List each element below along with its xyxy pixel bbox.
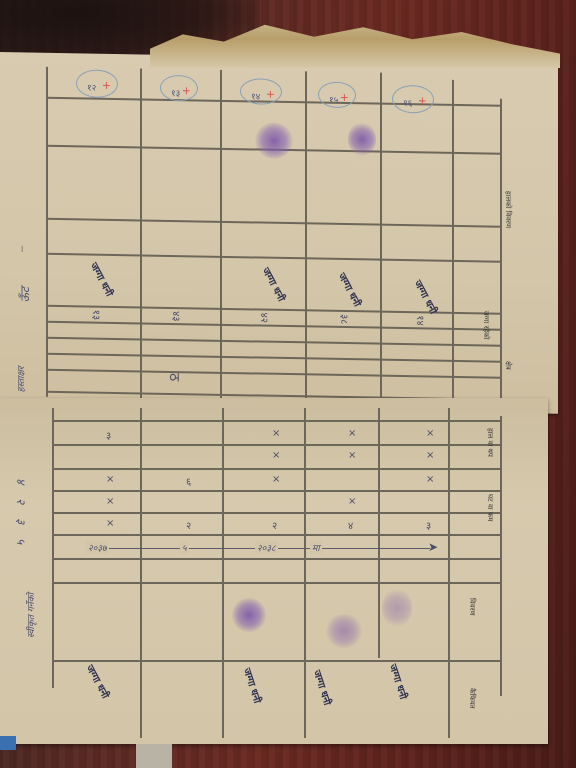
serial-number-oval: १३+ bbox=[160, 75, 198, 102]
column-line bbox=[448, 408, 450, 738]
cell-value: × bbox=[426, 428, 434, 439]
table-border-left bbox=[46, 67, 48, 397]
area-value: ४३ bbox=[170, 311, 184, 322]
serial-number-oval: १२+ bbox=[76, 69, 118, 98]
row-line bbox=[52, 490, 502, 492]
column-line bbox=[380, 73, 382, 403]
handwritten-side-label: ऊँट bbox=[16, 287, 33, 303]
area-value: ३८ bbox=[338, 314, 352, 325]
year-label: २०३८ bbox=[255, 541, 278, 554]
row-line bbox=[52, 582, 502, 584]
row-line bbox=[52, 468, 502, 470]
book-cover-edge bbox=[0, 736, 16, 750]
cell-value: × bbox=[348, 450, 356, 461]
column-line bbox=[140, 68, 142, 398]
approver-label: स्वीकृत गर्नेको bbox=[24, 593, 37, 638]
row-line bbox=[52, 420, 502, 422]
header-group-label: हालको विवरण bbox=[503, 191, 512, 228]
cell-value: × bbox=[348, 428, 356, 439]
column-line bbox=[304, 408, 306, 738]
arrow-head-icon: ➤ bbox=[428, 540, 438, 554]
area-value: ४२ bbox=[258, 313, 272, 324]
owner-stamp: जग्गा धनी bbox=[387, 662, 412, 701]
year-label: २०३७ bbox=[86, 541, 109, 554]
area-value: १३ bbox=[90, 310, 104, 321]
cell-value: × bbox=[272, 428, 280, 439]
cell-value: ६ bbox=[186, 474, 191, 488]
row-line bbox=[46, 218, 501, 227]
thumbprint bbox=[382, 588, 412, 628]
side-calc: २ bbox=[13, 498, 30, 504]
serial-number-oval: १६+ bbox=[392, 85, 434, 114]
header-group-label: जग्गा रहेको bbox=[481, 310, 490, 339]
cell-value: २ bbox=[186, 518, 191, 532]
table-border-right bbox=[500, 416, 502, 696]
thumbprint bbox=[348, 122, 376, 156]
area-value: १४ bbox=[414, 315, 428, 326]
cell-value: × bbox=[106, 518, 114, 529]
owner-stamp: जग्गा धनी bbox=[241, 666, 266, 705]
row-line bbox=[46, 321, 501, 330]
serial-number-oval: १५+ bbox=[318, 82, 356, 109]
column-line bbox=[378, 408, 380, 658]
column-line bbox=[140, 408, 142, 738]
table-border-left bbox=[52, 408, 54, 688]
column-line bbox=[452, 80, 454, 405]
table-border-right bbox=[500, 99, 502, 404]
cell-value: २ bbox=[272, 518, 277, 532]
cell-value: × bbox=[106, 474, 114, 485]
thumbprint bbox=[232, 598, 266, 632]
column-line bbox=[305, 71, 307, 401]
header-group-label: हाल वा थप bbox=[485, 428, 494, 457]
column-header: कैफियत bbox=[467, 688, 476, 709]
row-mark: ठ bbox=[165, 373, 184, 381]
thumbprint bbox=[326, 614, 362, 648]
cell-value: ३ bbox=[106, 428, 111, 442]
side-calc: ४ bbox=[13, 478, 30, 484]
cell-value: ४ bbox=[348, 518, 353, 532]
cell-value: × bbox=[272, 450, 280, 461]
row-line bbox=[52, 660, 502, 662]
owner-stamp: जग्गा धनी bbox=[84, 662, 113, 701]
row-line bbox=[52, 558, 502, 560]
row-line bbox=[46, 369, 501, 378]
arrow-label: मा bbox=[310, 541, 322, 554]
serial-number-oval: १४+ bbox=[240, 78, 282, 105]
arrow-label: ५ bbox=[180, 541, 189, 554]
row-line bbox=[52, 512, 502, 514]
side-calc: ३ bbox=[13, 518, 30, 524]
cell-value: ३ bbox=[426, 518, 431, 532]
printed-header: — bbox=[18, 245, 26, 252]
column-line bbox=[220, 70, 222, 400]
side-signature: हस्ताक्षर bbox=[14, 366, 27, 392]
owner-stamp: जग्गा धनी bbox=[88, 260, 117, 299]
header-group-label: क्षेत्र bbox=[503, 361, 512, 370]
owner-stamp: जग्गा धनी bbox=[412, 277, 441, 316]
row-line bbox=[52, 444, 502, 446]
tape-strip bbox=[136, 744, 172, 768]
side-calc: ५ bbox=[13, 538, 30, 544]
register-page-top: — ऊँट हस्ताक्षर १२+ १३+ १४+ १५+ १६+ जग्ग… bbox=[0, 52, 558, 414]
column-line bbox=[222, 408, 224, 738]
owner-stamp: जग्गा धनी bbox=[311, 668, 336, 707]
row-line bbox=[52, 534, 502, 536]
owner-stamp: जग्गा धनी bbox=[336, 270, 365, 309]
cell-value: × bbox=[348, 496, 356, 507]
owner-stamp: जग्गा धनी bbox=[260, 265, 289, 304]
register-page-bottom: स्वीकृत गर्नेको ४ २ ३ ५ ३ × × × ६ २ × × … bbox=[0, 398, 548, 744]
cell-value: × bbox=[426, 450, 434, 461]
column-header: विवरण bbox=[467, 598, 476, 616]
thumbprint bbox=[255, 122, 293, 159]
cell-value: × bbox=[272, 474, 280, 485]
row-line bbox=[46, 353, 501, 362]
cell-value: × bbox=[106, 496, 114, 507]
cell-value: × bbox=[426, 474, 434, 485]
row-line bbox=[46, 337, 501, 346]
header-group-label: घट वा कम bbox=[485, 494, 494, 521]
row-line bbox=[46, 253, 501, 262]
